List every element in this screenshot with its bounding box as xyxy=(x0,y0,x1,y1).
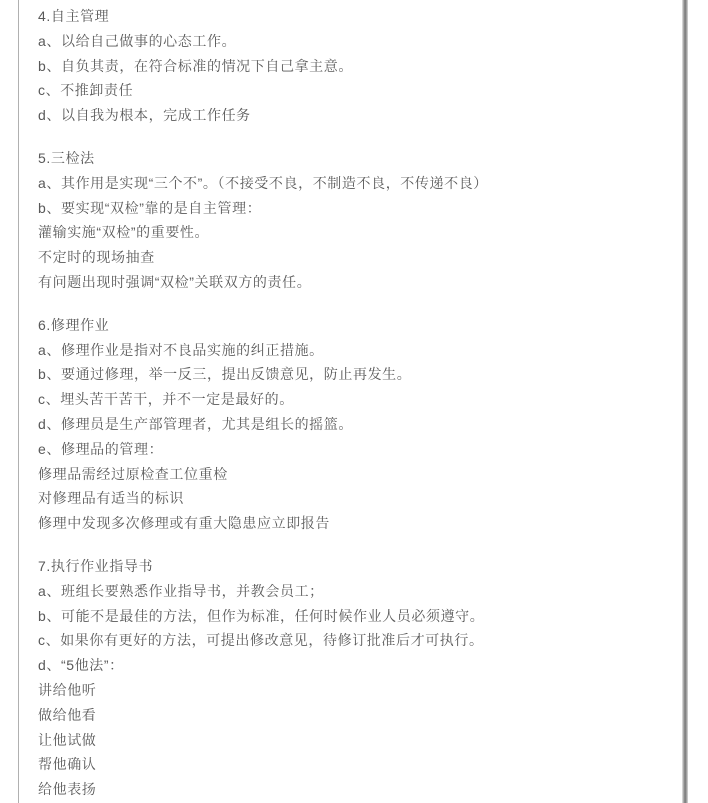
text-line: 修理中发现多次修理或有重大隐患应立即报告 xyxy=(38,511,658,536)
text-line: a、修理作业是指对不良品实施的纠正措施。 xyxy=(38,338,658,363)
section-gap xyxy=(38,128,658,146)
text-line: e、修理品的管理： xyxy=(38,437,658,462)
text-line: 做给他看 xyxy=(38,703,658,728)
document-section: 7.执行作业指导书a、班组长要熟悉作业指导书，并教会员工；b、可能不是最佳的方法… xyxy=(38,554,658,802)
text-line: b、要通过修理，举一反三，提出反馈意见，防止再发生。 xyxy=(38,362,658,387)
text-line: 讲给他听 xyxy=(38,678,658,703)
text-line: 给他表扬 xyxy=(38,777,658,802)
section-title-line: 6.修理作业 xyxy=(38,313,658,338)
section-title-line: 4.自主管理 xyxy=(38,4,658,29)
text-line: a、其作用是实现“三个不”。（不接受不良，不制造不良，不传递不良） xyxy=(38,171,658,196)
text-line: b、自负其责，在符合标准的情况下自己拿主意。 xyxy=(38,54,658,79)
text-line: d、以自我为根本，完成工作任务 xyxy=(38,103,658,128)
text-line: 帮他确认 xyxy=(38,752,658,777)
document-page: 4.自主管理a、以给自己做事的心态工作。b、自负其责，在符合标准的情况下自己拿主… xyxy=(0,0,708,803)
text-line: a、班组长要熟悉作业指导书，并教会员工； xyxy=(38,579,658,604)
text-line: c、如果你有更好的方法，可提出修改意见，待修订批准后才可执行。 xyxy=(38,628,658,653)
section-title-line: 7.执行作业指导书 xyxy=(38,554,658,579)
text-line: 有问题出现时强调“双检”关联双方的责任。 xyxy=(38,270,658,295)
text-line: b、可能不是最佳的方法，但作为标准，任何时候作业人员必须遵守。 xyxy=(38,604,658,629)
text-line: 对修理品有适当的标识 xyxy=(38,486,658,511)
text-line: 灌输实施“双检”的重要性。 xyxy=(38,220,658,245)
section-gap xyxy=(38,295,658,313)
text-line: a、以给自己做事的心态工作。 xyxy=(38,29,658,54)
document-section: 6.修理作业a、修理作业是指对不良品实施的纠正措施。b、要通过修理，举一反三，提… xyxy=(38,313,658,536)
page-left-border xyxy=(18,0,19,803)
text-line: c、埋头苦干苦干，并不一定是最好的。 xyxy=(38,387,658,412)
text-line: b、要实现“双检”靠的是自主管理： xyxy=(38,196,658,221)
page-right-edge-bar xyxy=(682,0,688,803)
text-line: c、不推卸责任 xyxy=(38,78,658,103)
section-gap xyxy=(38,536,658,554)
section-title-line: 5.三检法 xyxy=(38,146,658,171)
document-body: 4.自主管理a、以给自己做事的心态工作。b、自负其责，在符合标准的情况下自己拿主… xyxy=(38,4,658,802)
text-line: 不定时的现场抽查 xyxy=(38,245,658,270)
document-section: 4.自主管理a、以给自己做事的心态工作。b、自负其责，在符合标准的情况下自己拿主… xyxy=(38,4,658,128)
document-section: 5.三检法a、其作用是实现“三个不”。（不接受不良，不制造不良，不传递不良）b、… xyxy=(38,146,658,295)
text-line: 让他试做 xyxy=(38,728,658,753)
text-line: 修理品需经过原检查工位重检 xyxy=(38,462,658,487)
text-line: d、修理员是生产部管理者，尤其是组长的摇篮。 xyxy=(38,412,658,437)
text-line: d、“5他法”： xyxy=(38,653,658,678)
